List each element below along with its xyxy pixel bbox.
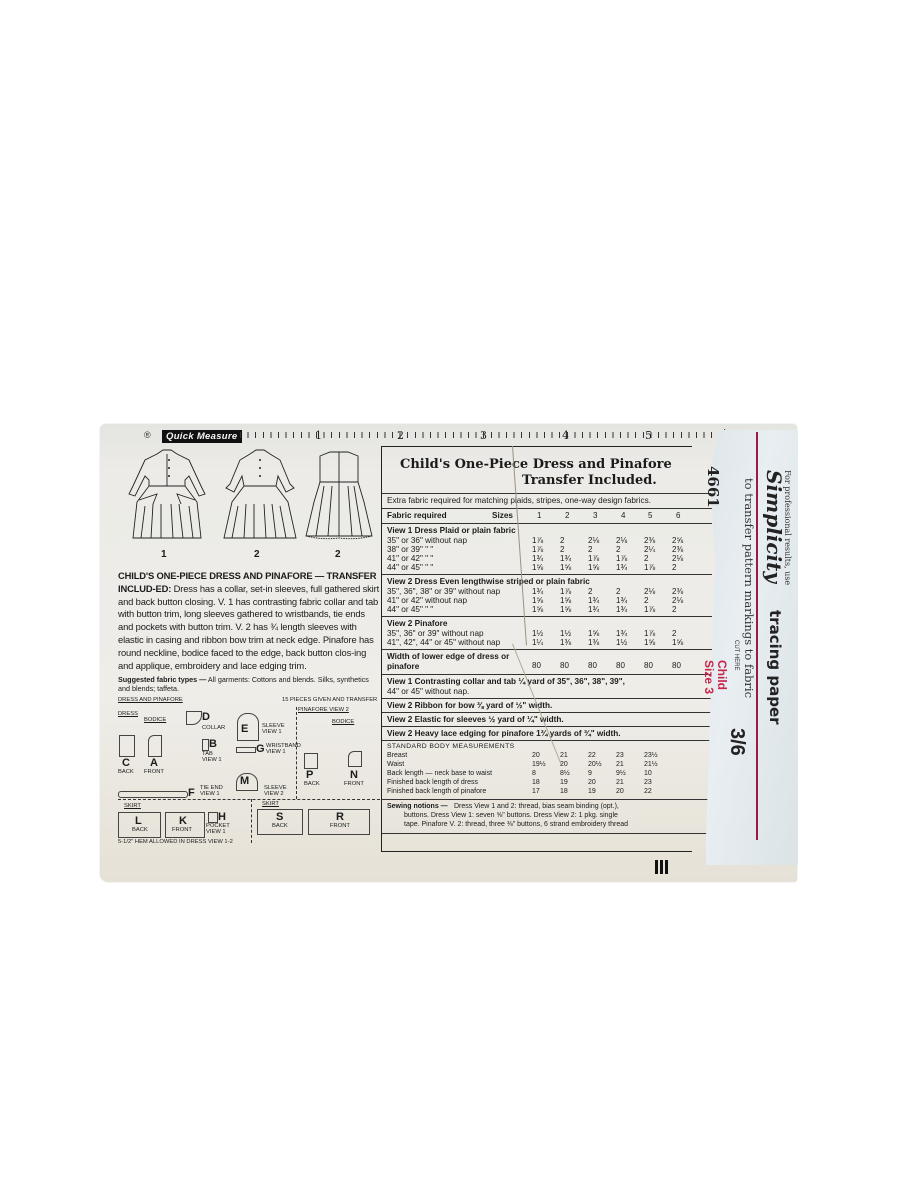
product-name: tracing paper (766, 610, 784, 725)
cell: 1⅝ (644, 638, 655, 647)
cell: 23½ (644, 752, 658, 759)
cell: 2¼ (644, 545, 655, 554)
cell: 1⅞ (588, 554, 599, 563)
piece-letter: H (218, 811, 226, 823)
view2-dress-heading: View 2 Dress Even lengthwise striped or … (387, 577, 590, 586)
body-measurements-heading: STANDARD BODY MEASUREMENTS (387, 743, 515, 750)
piece-letter: A (150, 757, 158, 769)
cell: 2 (560, 536, 564, 545)
cell: 9 (588, 770, 592, 777)
sewing-notions-line: tape. Pinafore V. 2: thread, three ⅜" bu… (404, 821, 628, 828)
sizes-label: Sizes (492, 511, 513, 520)
cell: 1¾ (616, 605, 627, 614)
piece-letter: D (202, 711, 210, 723)
row-label: 35", 36" or 39" without nap (387, 629, 484, 638)
piece-name: WRISTBAND VIEW 1 (266, 743, 298, 755)
cell: 1⅞ (532, 536, 543, 545)
piece-name: SLEEVE VIEW 2 (264, 785, 290, 797)
piece-name: BACK (132, 827, 148, 833)
pattern-number: 4661 (704, 466, 722, 508)
section-label: DRESS AND PINAFORE (118, 697, 183, 703)
piece-letter: B (209, 738, 217, 750)
cell: 2 (672, 629, 676, 638)
cell: 1⅞ (644, 605, 655, 614)
divider (382, 698, 712, 699)
cell: 19½ (532, 761, 546, 768)
fabric-required-label: Fabric required (387, 511, 447, 520)
price-label: 3/6 (725, 728, 748, 756)
row-label: 41" or 42" without nap (387, 596, 467, 605)
cell: 2⅛ (672, 554, 683, 563)
print-marks (655, 860, 670, 879)
cell: 1¾ (588, 596, 599, 605)
row-label: Back length — neck base to waist (387, 770, 492, 777)
dress-view-1-icon (119, 446, 214, 548)
piece-name: FRONT (344, 781, 364, 787)
size-header: 2 (565, 511, 569, 520)
cell: 1½ (560, 629, 571, 638)
row-label: 41" or 42" " " (387, 554, 433, 563)
pieces-note: 15 PIECES GIVEN AND TRANSFER (282, 697, 377, 703)
size-header: 4 (621, 511, 625, 520)
pinafore-label: PINAFORE VIEW 2 (298, 707, 349, 713)
divider (382, 712, 712, 713)
chart-title-line1: Child's One-Piece Dress and Pinafore (400, 457, 672, 472)
piece-name: SLEEVE VIEW 1 (262, 723, 288, 735)
cell: 2⅜ (672, 587, 683, 596)
cell: 1⅝ (588, 563, 599, 572)
cell: 2⅜ (672, 545, 683, 554)
divider (382, 508, 712, 509)
cell: 18 (532, 779, 540, 786)
row-label: 35" or 36" without nap (387, 536, 467, 545)
cell: 2⅛ (644, 587, 655, 596)
cell: 80 (616, 661, 625, 670)
cell: 2 (672, 605, 676, 614)
cell: 1¾ (588, 605, 599, 614)
cell: 2 (560, 545, 564, 554)
cell: 80 (560, 661, 569, 670)
cell: 1½ (532, 629, 543, 638)
sewing-notions-line: buttons. Dress View 1: seven ⅝" buttons.… (404, 812, 618, 819)
registered-mark: ® (144, 430, 151, 440)
view2-pinafore-heading: View 2 Pinafore (387, 619, 447, 628)
piece-letter: E (241, 723, 248, 735)
size-header: 5 (648, 511, 652, 520)
cell: 80 (672, 661, 681, 670)
cell: 20 (588, 779, 596, 786)
piece-wristband-shape (236, 747, 256, 753)
brand-name: Simplicity (762, 470, 786, 583)
note-collar-cont: 44" or 45" without nap. (387, 687, 469, 696)
view1-dress-heading: View 1 Dress Plaid or plain fabric (387, 526, 516, 535)
ruler-number: 3 (480, 429, 487, 442)
size-header: 6 (676, 511, 680, 520)
figure-label: 2 (254, 549, 260, 560)
cell: 1¾ (560, 554, 571, 563)
cell: 2 (616, 545, 620, 554)
row-label: 44" or 45" " " (387, 563, 433, 572)
cell: 21 (560, 752, 568, 759)
cell: 8½ (560, 770, 570, 777)
dress-label: DRESS (118, 711, 138, 717)
cell: 21 (616, 761, 624, 768)
piece-letter: L (135, 815, 142, 827)
left-panel: 1 2 2 CHILD'S ONE-P (114, 446, 379, 845)
piece-letter: M (240, 775, 249, 787)
piece-name: FRONT (144, 769, 164, 775)
cell: 9½ (616, 770, 626, 777)
cell: 20½ (588, 761, 602, 768)
category-label: Child (715, 660, 729, 690)
piece-pinafore-front-shape (348, 751, 362, 767)
cell: 1¼ (532, 638, 543, 647)
cut-here-label: CUT HERE (733, 640, 739, 671)
hem-note: 5-1/2" HEM ALLOWED IN DRESS VIEW 1-2 (118, 839, 233, 845)
piece-name: POCKET VIEW 1 (206, 823, 232, 835)
bodice-label: BODICE (144, 717, 166, 723)
width-label-2: pinafore (387, 662, 419, 671)
piece-letter: S (276, 811, 283, 823)
cell: 2 (672, 563, 676, 572)
divider (382, 833, 712, 834)
row-label: 41", 42", 44" or 45" without nap (387, 638, 500, 647)
piece-pocket-shape (208, 812, 218, 823)
cell: 1⅝ (560, 563, 571, 572)
piece-name: FRONT (172, 827, 192, 833)
garment-illustrations: 1 2 2 (114, 446, 379, 568)
piece-collar-shape (186, 711, 202, 725)
pattern-envelope-back: ® Quick Measure 1 2 3 4 5 6 1 (100, 424, 797, 882)
sewing-notions-label: Sewing notions — (387, 803, 448, 810)
size-header: 3 (593, 511, 597, 520)
piece-name: COLLAR (202, 725, 225, 731)
suggested-fabrics: Suggested fabric types — All garments: C… (118, 675, 380, 693)
piece-back-shape (119, 735, 135, 757)
cell: 20 (616, 788, 624, 795)
ruler-number: 5 (645, 429, 652, 442)
dress-view-2-icon (214, 446, 304, 548)
divider (382, 726, 712, 727)
cell: 17 (532, 788, 540, 795)
cell: 1⅝ (588, 629, 599, 638)
divider (382, 616, 712, 617)
cell: 80 (644, 661, 653, 670)
piece-letter: K (179, 815, 187, 827)
cell: 1⅜ (588, 638, 599, 647)
cell: 23 (616, 752, 624, 759)
cell: 1⅝ (532, 596, 543, 605)
cell: 10 (644, 770, 652, 777)
piece-name: BACK (118, 769, 134, 775)
row-label: 38" or 39" " " (387, 545, 433, 554)
sewing-notions-line: Dress View 1 and 2: thread, bias seam bi… (454, 803, 619, 810)
piece-pinafore-back-shape (304, 753, 318, 769)
cell: 80 (588, 661, 597, 670)
cell: 2 (588, 545, 592, 554)
cell: 1¾ (532, 587, 543, 596)
cell: 19 (588, 788, 596, 795)
piece-tab-shape (202, 739, 209, 751)
piece-letter: C (122, 757, 130, 769)
piece-name: BACK (304, 781, 320, 787)
cell: 1⅝ (560, 596, 571, 605)
cell: 20 (532, 752, 540, 759)
divider (382, 493, 712, 494)
cell: 1⅞ (532, 545, 543, 554)
cell: 18 (560, 788, 568, 795)
cell: 8 (532, 770, 536, 777)
cell: 1⅞ (644, 629, 655, 638)
figure-label: 2 (335, 549, 341, 560)
yardage-chart: Child's One-Piece Dress and Pinafore Tra… (381, 446, 692, 852)
divider (251, 799, 252, 843)
divider (382, 740, 712, 741)
divider (382, 649, 712, 650)
chart-title-line2: Transfer Included. (522, 473, 657, 488)
cell: 2⅛ (616, 536, 627, 545)
quick-measure-label: Quick Measure (162, 430, 242, 443)
piece-letter: F (188, 787, 195, 799)
divider (382, 574, 712, 575)
cell: 1⅝ (532, 563, 543, 572)
ruler-number: 4 (562, 429, 569, 442)
cell: 19 (560, 779, 568, 786)
skirt-label: SKIRT (124, 803, 141, 809)
figure-label: 1 (161, 549, 167, 560)
cell: 2⅝ (672, 536, 683, 545)
cell: 22 (588, 752, 596, 759)
cell: 2 (616, 587, 620, 596)
cell: 2⅛ (588, 536, 599, 545)
piece-letter: N (350, 769, 358, 781)
cell: 1⅜ (560, 638, 571, 647)
pinafore-bodice-label: BODICE (332, 719, 354, 725)
row-label: 35", 36", 38" or 39" without nap (387, 587, 500, 596)
piece-name: BACK (272, 823, 288, 829)
piece-letter: G (256, 743, 265, 755)
ruler-number: 2 (397, 429, 404, 442)
cell: 2⅜ (644, 536, 655, 545)
piece-name: TIE END VIEW 1 (200, 785, 228, 797)
cell: 1⅝ (532, 605, 543, 614)
cell: 1⅝ (560, 605, 571, 614)
size-header: 1 (537, 511, 541, 520)
description-body: Dress has a collar, set-in sleeves, full… (118, 583, 379, 671)
tracing-tagline: to transfer pattern markings to fabric (742, 478, 756, 698)
row-label: Breast (387, 752, 407, 759)
row-label: Waist (387, 761, 404, 768)
cell: 1⅞ (560, 587, 571, 596)
cell: 1¾ (532, 554, 543, 563)
ruler-number: 1 (315, 429, 322, 442)
piece-front-shape (148, 735, 162, 757)
skirt-label: SKIRT (262, 801, 279, 807)
cell: 80 (532, 661, 541, 670)
piece-letter: R (336, 811, 344, 823)
row-label: Finished back length of dress (387, 779, 478, 786)
divider (118, 799, 380, 800)
note-ribbon: View 2 Ribbon for bow ⅜ yard of ½" width… (387, 701, 552, 710)
extra-fabric-note: Extra fabric required for matching plaid… (387, 496, 651, 505)
fabric-heading: Suggested fabric types — (118, 675, 206, 684)
quick-measure-ruler: ® Quick Measure 1 2 3 4 5 6 (100, 424, 797, 444)
note-elastic: View 2 Elastic for sleeves ½ yard of ¼" … (387, 715, 564, 724)
divider (382, 674, 712, 675)
cell: 1¾ (616, 563, 627, 572)
cell: 1⅞ (616, 554, 627, 563)
cell: 2⅛ (672, 596, 683, 605)
note-collar: View 1 Contrasting collar and tab ¼ yard… (387, 677, 625, 686)
row-label: Finished back length of pinafore (387, 788, 486, 795)
cell: 2 (644, 596, 648, 605)
cell: 21 (616, 779, 624, 786)
divider (382, 799, 712, 800)
pattern-description: CHILD'S ONE-PIECE DRESS AND PINAFORE — T… (118, 570, 380, 672)
cell: 23 (644, 779, 652, 786)
pinafore-view-2-icon (304, 446, 374, 548)
cell: 1⅝ (672, 638, 683, 647)
row-label: 44" or 45" " " (387, 605, 433, 614)
piece-tie-end-shape (118, 791, 188, 798)
cell: 1¾ (616, 596, 627, 605)
divider (382, 523, 712, 524)
note-lace: View 2 Heavy lace edging for pinafore 1¾… (387, 729, 621, 738)
cell: 1⅞ (644, 563, 655, 572)
cut-line (756, 432, 758, 840)
cell: 21½ (644, 761, 658, 768)
cell: 22 (644, 788, 652, 795)
cell: 1½ (616, 638, 627, 647)
size-label: Size 3 (702, 660, 716, 694)
piece-name: FRONT (330, 823, 350, 829)
piece-name: TAB VIEW 1 (202, 751, 228, 763)
cell: 2 (588, 587, 592, 596)
pattern-pieces-diagram: DRESS AND PINAFORE 15 PIECES GIVEN AND T… (114, 695, 379, 845)
cell: 1¾ (616, 629, 627, 638)
divider (296, 707, 297, 799)
cell: 2 (644, 554, 648, 563)
piece-letter: P (306, 769, 313, 781)
width-label-1: Width of lower edge of dress or (387, 652, 509, 661)
